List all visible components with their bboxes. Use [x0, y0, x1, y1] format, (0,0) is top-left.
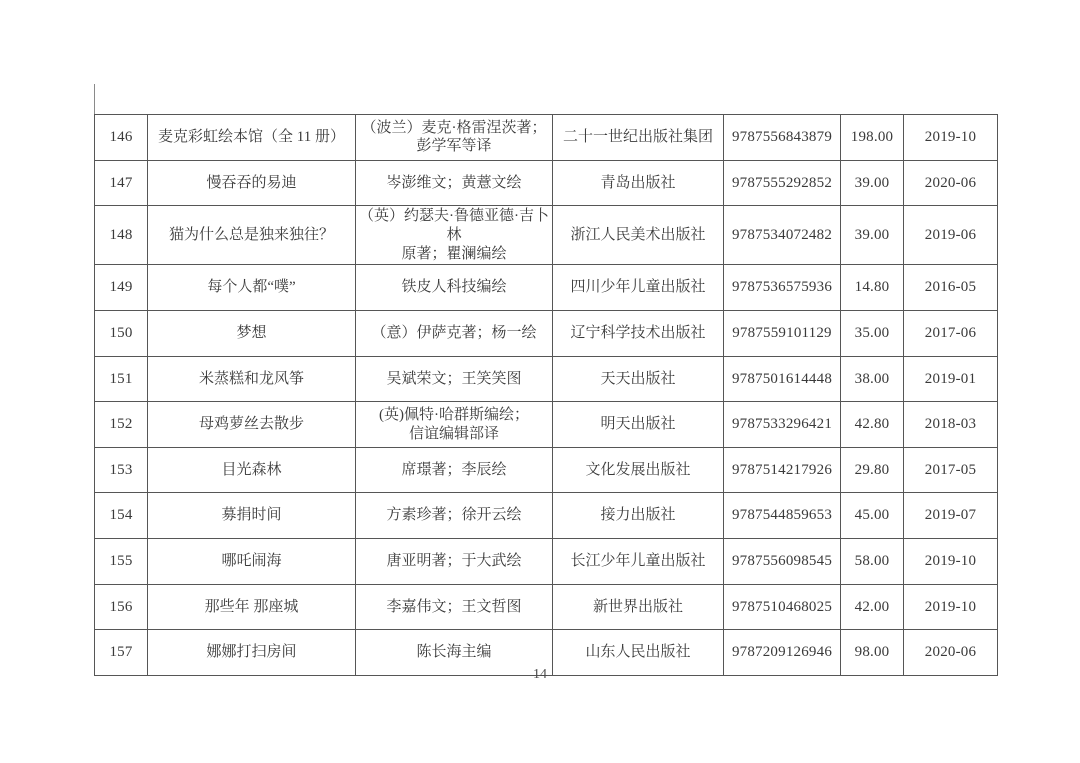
table-row: 154 募捐时间 方素珍著；徐开云绘 接力出版社 9787544859653 4…: [95, 493, 998, 539]
cell-author: 方素珍著；徐开云绘: [356, 493, 553, 539]
cell-book-title: 每个人都“噗”: [148, 265, 356, 311]
cell-book-title: 哪吒闹海: [148, 539, 356, 585]
table-row: 155 哪吒闹海 唐亚明著；于大武绘 长江少年儿童出版社 97875560985…: [95, 539, 998, 585]
cell-pub-date: 2019-10: [904, 115, 998, 161]
cell-publisher: 明天出版社: [553, 402, 724, 448]
table-row: 148 猫为什么总是独来独往？ （英）约瑟夫·鲁德亚德·吉卜林 原著；瞿澜编绘 …: [95, 206, 998, 265]
cell-row-number: 155: [95, 539, 148, 585]
cell-isbn: 9787501614448: [724, 356, 841, 402]
table-row: 153 目光森林 席璟著；李辰绘 文化发展出版社 9787514217926 2…: [95, 447, 998, 493]
cell-pub-date: 2020-06: [904, 160, 998, 206]
cell-publisher: 青岛出版社: [553, 160, 724, 206]
cell-author: （英）约瑟夫·鲁德亚德·吉卜林 原著；瞿澜编绘: [356, 206, 553, 265]
table-row: 156 那些年 那座城 李嘉伟文；王文哲图 新世界出版社 97875104680…: [95, 584, 998, 630]
cell-price: 14.80: [841, 265, 904, 311]
cell-book-title: 目光森林: [148, 447, 356, 493]
cell-book-title: 母鸡萝丝去散步: [148, 402, 356, 448]
cell-isbn: 9787556843879: [724, 115, 841, 161]
cell-isbn: 9787533296421: [724, 402, 841, 448]
cell-pub-date: 2017-05: [904, 447, 998, 493]
cell-isbn: 9787555292852: [724, 160, 841, 206]
cell-price: 198.00: [841, 115, 904, 161]
table-row: 146 麦克彩虹绘本馆（全 11 册） （波兰）麦克·格雷涅茨著； 彭学军等译 …: [95, 115, 998, 161]
cell-row-number: 149: [95, 265, 148, 311]
cell-isbn: 9787514217926: [724, 447, 841, 493]
cell-row-number: 146: [95, 115, 148, 161]
cell-author: 李嘉伟文；王文哲图: [356, 584, 553, 630]
cell-row-number: 156: [95, 584, 148, 630]
cell-publisher: 新世界出版社: [553, 584, 724, 630]
cell-publisher: 二十一世纪出版社集团: [553, 115, 724, 161]
cell-book-title: 麦克彩虹绘本馆（全 11 册）: [148, 115, 356, 161]
cell-price: 35.00: [841, 311, 904, 357]
cell-book-title: 募捐时间: [148, 493, 356, 539]
cell-row-number: 147: [95, 160, 148, 206]
cell-publisher: 文化发展出版社: [553, 447, 724, 493]
book-list-table: 146 麦克彩虹绘本馆（全 11 册） （波兰）麦克·格雷涅茨著； 彭学军等译 …: [94, 114, 998, 676]
cell-publisher: 接力出版社: [553, 493, 724, 539]
cell-price: 29.80: [841, 447, 904, 493]
cell-author: 铁皮人科技编绘: [356, 265, 553, 311]
table-row: 149 每个人都“噗” 铁皮人科技编绘 四川少年儿童出版社 9787536575…: [95, 265, 998, 311]
cell-price: 42.80: [841, 402, 904, 448]
cell-author: （波兰）麦克·格雷涅茨著； 彭学军等译: [356, 115, 553, 161]
cell-book-title: 米蒸糕和龙风筝: [148, 356, 356, 402]
table-row: 147 慢吞吞的易迪 岑澎维文；黄薏文绘 青岛出版社 9787555292852…: [95, 160, 998, 206]
table-row: 150 梦想 （意）伊萨克著；杨一绘 辽宁科学技术出版社 97875591011…: [95, 311, 998, 357]
cell-pub-date: 2019-10: [904, 584, 998, 630]
cell-publisher: 长江少年儿童出版社: [553, 539, 724, 585]
cell-isbn: 9787544859653: [724, 493, 841, 539]
cell-pub-date: 2019-10: [904, 539, 998, 585]
cell-isbn: 9787510468025: [724, 584, 841, 630]
cell-isbn: 9787536575936: [724, 265, 841, 311]
cell-price: 42.00: [841, 584, 904, 630]
table-row: 152 母鸡萝丝去散步 (英)佩特·哈群斯编绘； 信谊编辑部译 明天出版社 97…: [95, 402, 998, 448]
cell-pub-date: 2019-06: [904, 206, 998, 265]
cell-pub-date: 2018-03: [904, 402, 998, 448]
cell-price: 58.00: [841, 539, 904, 585]
cell-price: 45.00: [841, 493, 904, 539]
cell-author: （意）伊萨克著；杨一绘: [356, 311, 553, 357]
cell-publisher: 浙江人民美术出版社: [553, 206, 724, 265]
cell-row-number: 152: [95, 402, 148, 448]
cell-book-title: 慢吞吞的易迪: [148, 160, 356, 206]
cell-pub-date: 2017-06: [904, 311, 998, 357]
cell-publisher: 辽宁科学技术出版社: [553, 311, 724, 357]
cell-price: 38.00: [841, 356, 904, 402]
cell-isbn: 9787556098545: [724, 539, 841, 585]
cell-isbn: 9787559101129: [724, 311, 841, 357]
cell-publisher: 四川少年儿童出版社: [553, 265, 724, 311]
cell-publisher: 天天出版社: [553, 356, 724, 402]
cell-row-number: 154: [95, 493, 148, 539]
table-continuation-tick: [94, 84, 95, 115]
cell-pub-date: 2019-07: [904, 493, 998, 539]
table-row: 151 米蒸糕和龙风筝 吴斌荣文；王笑笑图 天天出版社 978750161444…: [95, 356, 998, 402]
cell-author: 吴斌荣文；王笑笑图: [356, 356, 553, 402]
table-body: 146 麦克彩虹绘本馆（全 11 册） （波兰）麦克·格雷涅茨著； 彭学军等译 …: [95, 115, 998, 676]
cell-pub-date: 2019-01: [904, 356, 998, 402]
cell-row-number: 148: [95, 206, 148, 265]
cell-row-number: 151: [95, 356, 148, 402]
page-number: 14: [0, 667, 1080, 683]
cell-price: 39.00: [841, 160, 904, 206]
cell-book-title: 那些年 那座城: [148, 584, 356, 630]
cell-book-title: 梦想: [148, 311, 356, 357]
cell-pub-date: 2016-05: [904, 265, 998, 311]
cell-isbn: 9787534072482: [724, 206, 841, 265]
cell-author: 唐亚明著；于大武绘: [356, 539, 553, 585]
cell-author: 席璟著；李辰绘: [356, 447, 553, 493]
cell-book-title: 猫为什么总是独来独往？: [148, 206, 356, 265]
cell-author: 岑澎维文；黄薏文绘: [356, 160, 553, 206]
cell-row-number: 153: [95, 447, 148, 493]
cell-author: (英)佩特·哈群斯编绘； 信谊编辑部译: [356, 402, 553, 448]
cell-price: 39.00: [841, 206, 904, 265]
cell-row-number: 150: [95, 311, 148, 357]
